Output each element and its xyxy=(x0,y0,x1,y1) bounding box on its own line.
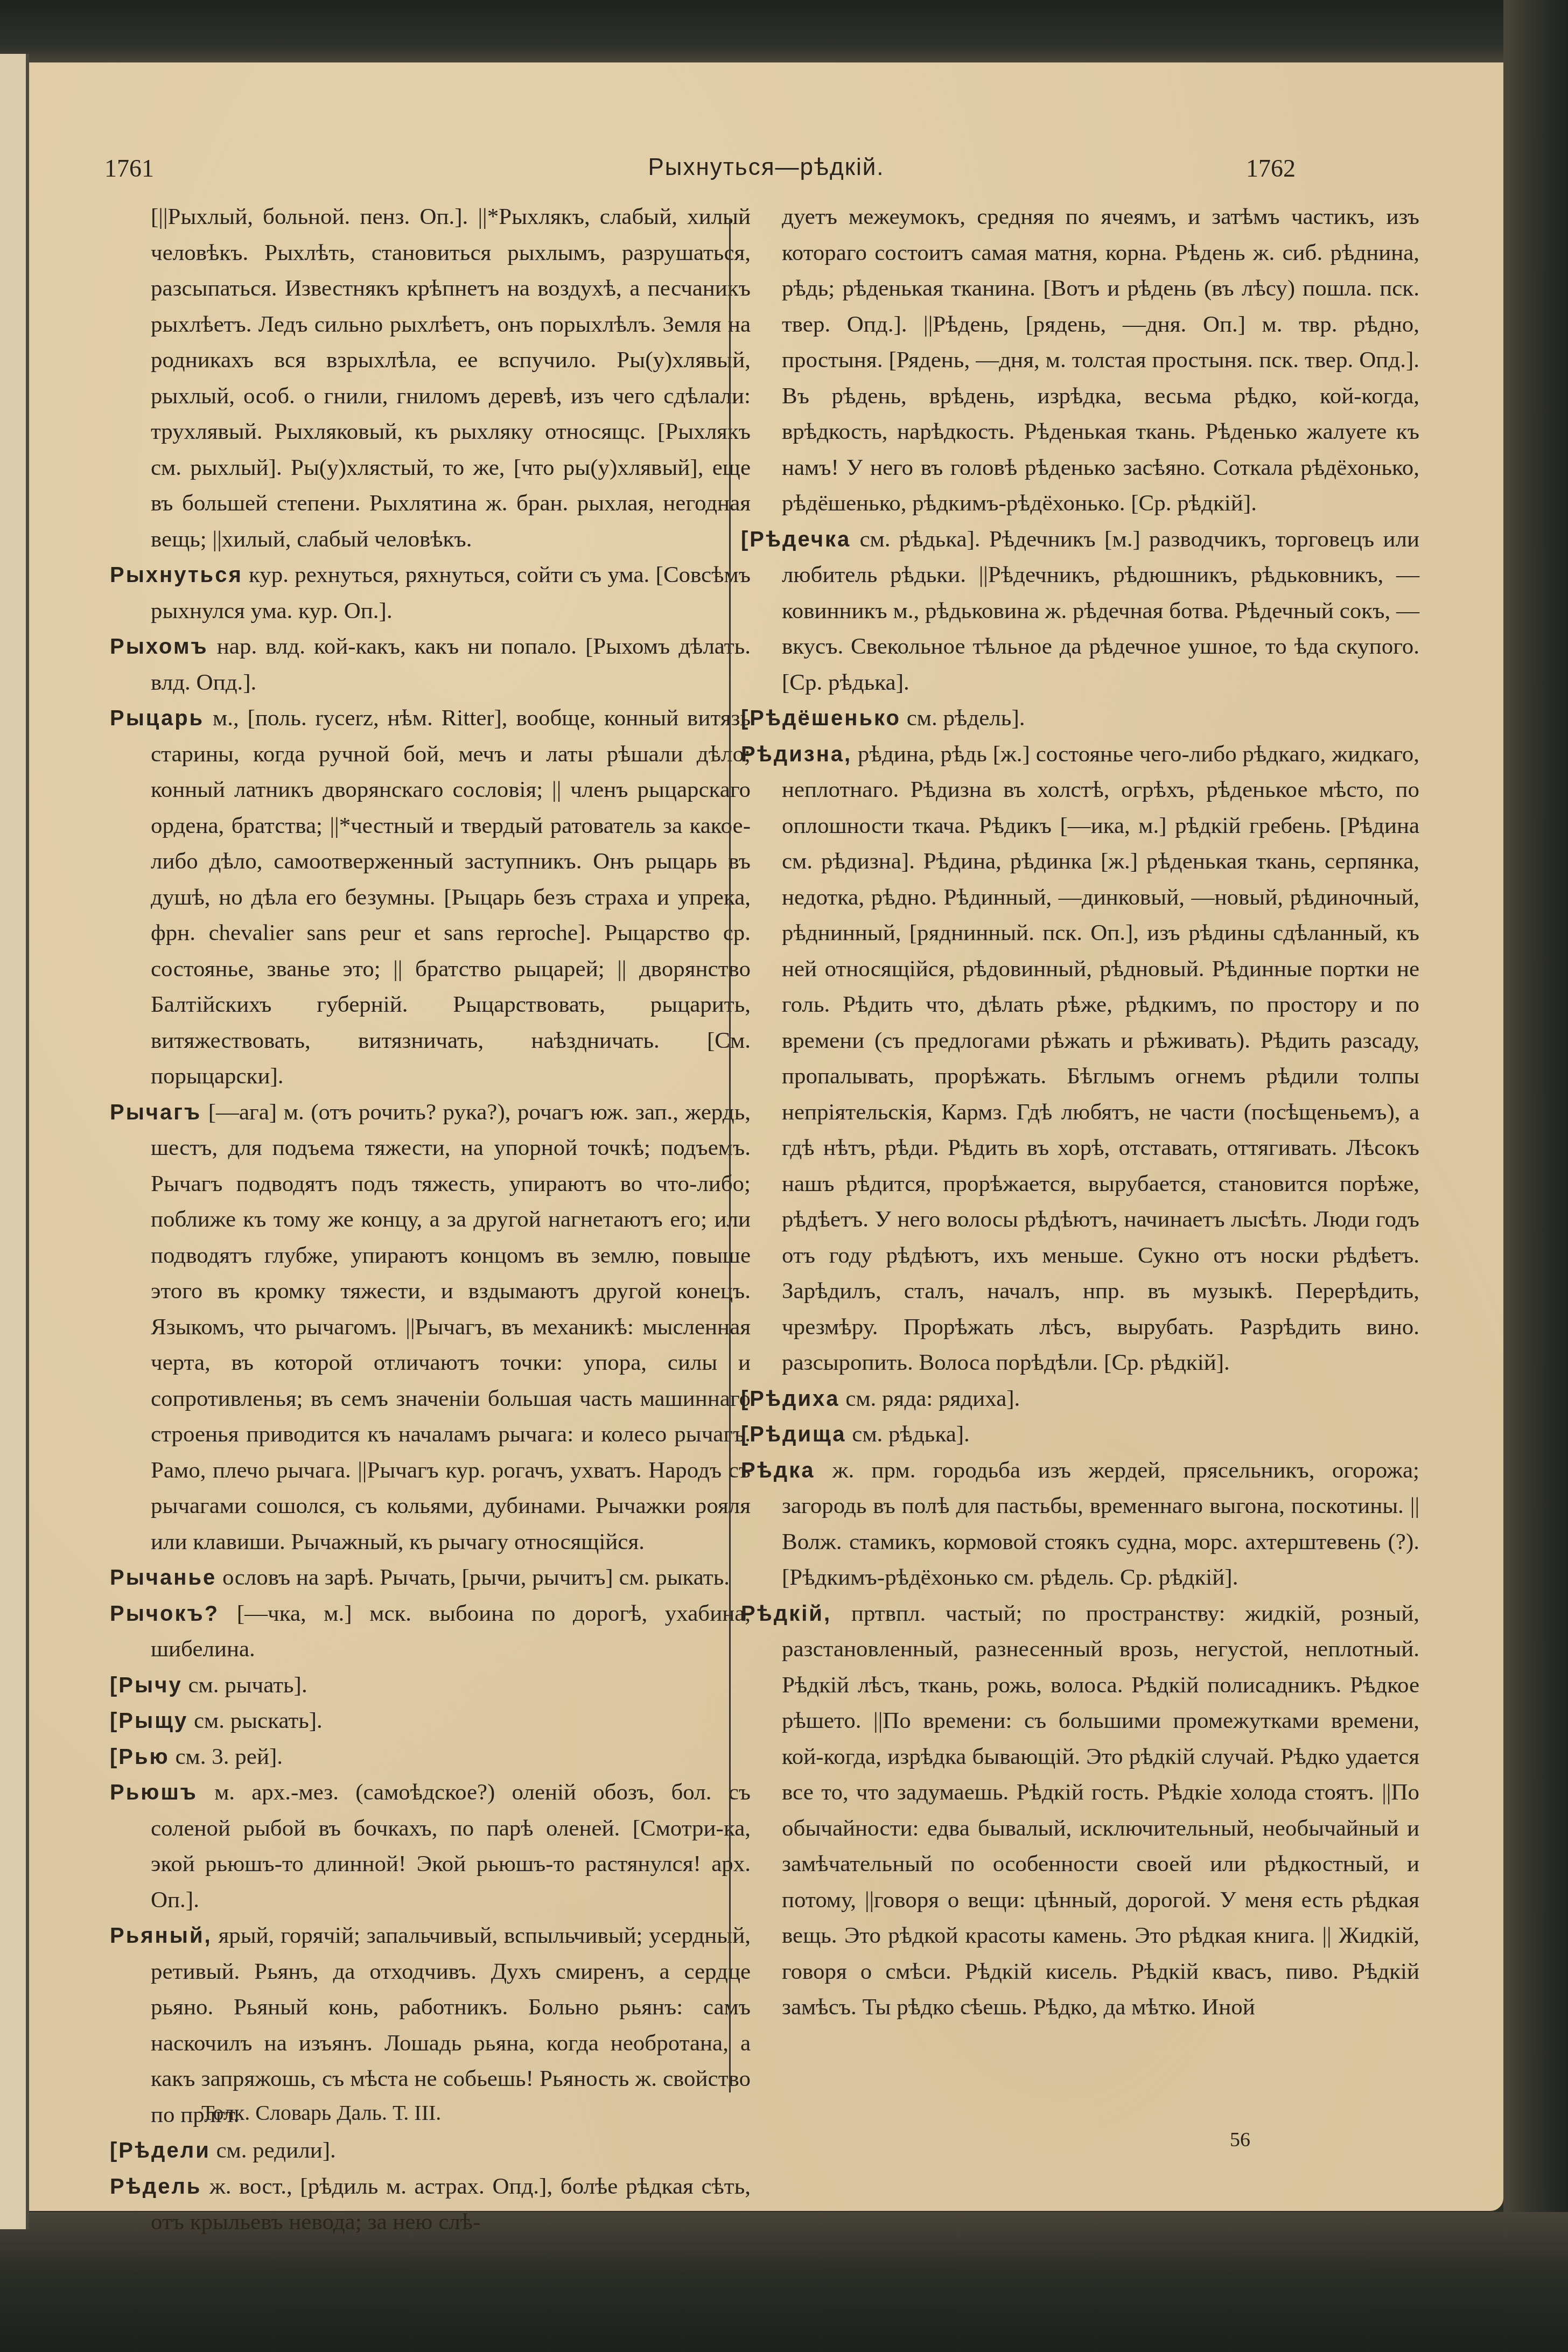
entry-text: см. рычать]. xyxy=(188,1672,307,1698)
dictionary-entry: Рьюшъ м. арх.-мез. (самоѣдское?) оленій … xyxy=(110,1775,751,1918)
dictionary-entry: [Рыщу см. рыскать]. xyxy=(110,1703,751,1739)
dictionary-entry: Рыцарь м., [поль. rycerz, нѣм. Ritter], … xyxy=(110,701,751,1095)
dictionary-entry: [Рью см. 3. рей]. xyxy=(110,1739,751,1775)
entry-continuation: [||Рыхлый, больной. пенз. Оп.]. ||*Рыхля… xyxy=(110,199,751,557)
entry-continuation: дуетъ межеумокъ, средняя по ячеямъ, и за… xyxy=(741,199,1419,522)
dictionary-entry: [Рѣдиха см. ряда: рядиха]. xyxy=(741,1381,1419,1417)
column-divider xyxy=(729,219,731,2092)
entry-text: [—ага] м. (отъ рочить? рука?), рочагъ юж… xyxy=(151,1100,751,1555)
dictionary-entry: Рѣдизна, рѣдина, рѣдь [ж.] состоянье чег… xyxy=(741,737,1419,1381)
headword: Рычанье xyxy=(110,1566,216,1590)
headword: Рычокъ? xyxy=(110,1602,219,1626)
headword: [Рычу xyxy=(110,1674,183,1697)
dictionary-entry: [Рѣдечка см. рѣдька]. Рѣдечникъ [м.] раз… xyxy=(741,522,1419,701)
entry-text: см. рыскать]. xyxy=(194,1708,323,1733)
entry-text: м., [поль. rycerz, нѣм. Ritter], вообще,… xyxy=(151,705,751,1089)
entry-text: рѣдина, рѣдь [ж.] состоянье чего-либо рѣ… xyxy=(782,741,1419,1376)
headword: [Рью xyxy=(110,1745,170,1769)
book-binding-right xyxy=(1503,0,1568,2352)
entry-text: ж. прм. городьба изъ жердей, прясельникъ… xyxy=(782,1458,1419,1591)
headword: [Рѣдиха xyxy=(741,1387,840,1411)
entry-text: см. редили]. xyxy=(216,2138,336,2163)
headword: [Рѣдечка xyxy=(741,528,851,551)
entry-text: см. рѣдька]. Рѣдечникъ [м.] разводчикъ, … xyxy=(782,527,1419,695)
headword: Рьюшъ xyxy=(110,1781,198,1804)
headword: [Рѣдели xyxy=(110,2139,211,2162)
dictionary-entry: [Рѣдёшенько см. рѣдель]. xyxy=(741,701,1419,737)
entry-text: нар. влд. кой-какъ, какъ ни попало. [Рых… xyxy=(151,634,751,695)
dictionary-page: 1761 Рыхнуться—рѣдкій. 1762 [||Рыхлый, б… xyxy=(29,62,1503,2211)
dictionary-entry: Рѣдель ж. вост., [рѣдиль м. астрах. Опд.… xyxy=(110,2169,751,2241)
headword: Рѣдель xyxy=(110,2175,201,2199)
dictionary-entry: Рычагъ [—ага] м. (отъ рочить? рука?), ро… xyxy=(110,1095,751,1560)
headword: Рѣдкій, xyxy=(741,1602,831,1626)
dictionary-entry: [Рѣдища см. рѣдька]. xyxy=(741,1417,1419,1453)
dictionary-entry: Рѣдкій, пртвпл. частый; по пространству:… xyxy=(741,1596,1419,2026)
headword: Рыхомъ xyxy=(110,635,208,659)
dictionary-entry: [Рычу см. рычать]. xyxy=(110,1668,751,1704)
entry-text: см. рѣдель]. xyxy=(907,705,1025,731)
dictionary-entry: [Рѣдели см. редили]. xyxy=(110,2133,751,2169)
dictionary-entry: Рычанье ословъ на зарѣ. Рычать, [рычи, р… xyxy=(110,1560,751,1596)
entry-text: см. 3. рей]. xyxy=(176,1744,283,1769)
entry-text: ярый, горячій; запальчивый, вспыльчивый;… xyxy=(151,1923,751,2127)
headword: Рѣдизна, xyxy=(741,743,852,766)
entry-text: дуетъ межеумокъ, средняя по ячеямъ, и за… xyxy=(782,204,1419,516)
entry-text: см. рѣдька]. xyxy=(852,1422,970,1447)
headword: Рыхнуться xyxy=(110,563,243,587)
entry-text: ж. вост., [рѣдиль м. астрах. Опд.], болѣ… xyxy=(151,2174,751,2235)
headword: Рыцарь xyxy=(110,706,204,730)
headword: Рьяный, xyxy=(110,1924,212,1948)
entry-text: [||Рыхлый, больной. пенз. Оп.]. ||*Рыхля… xyxy=(151,204,751,552)
volume-footer: Толк. Словарь Даль. Т. III. xyxy=(201,2100,441,2125)
headword: [Рыщу xyxy=(110,1709,188,1733)
headword: [Рѣдища xyxy=(741,1423,846,1446)
entry-text: м. арх.-мез. (самоѣдское?) оленій обозъ,… xyxy=(151,1780,751,1913)
previous-page-edge xyxy=(0,54,29,2229)
headword: Рѣдка xyxy=(741,1459,815,1482)
entry-text: [—чка, м.] мск. выбоина по дорогѣ, ухаби… xyxy=(151,1601,751,1662)
dictionary-entry: Рыхомъ нар. влд. кой-какъ, какъ ни попал… xyxy=(110,629,751,701)
dictionary-entry: Рѣдка ж. прм. городьба изъ жердей, прясе… xyxy=(741,1453,1419,1596)
left-column: [||Рыхлый, больной. пенз. Оп.]. ||*Рыхля… xyxy=(110,199,751,2241)
signature-mark: 56 xyxy=(1230,2128,1250,2152)
dictionary-entry: Рыхнуться кур. рехнуться, ряхнуться, сой… xyxy=(110,557,751,629)
dictionary-entry: Рычокъ? [—чка, м.] мск. выбоина по дорог… xyxy=(110,1596,751,1668)
page-header: 1761 Рыхнуться—рѣдкій. 1762 xyxy=(29,154,1503,192)
entry-text: пртвпл. частый; по пространству: жидкій,… xyxy=(782,1601,1419,2020)
headword: Рычагъ xyxy=(110,1101,201,1124)
entry-text: см. ряда: рядиха]. xyxy=(845,1386,1020,1411)
page-number-right: 1762 xyxy=(1246,154,1296,183)
entry-text: ословъ на зарѣ. Рычать, [рычи, рычитъ] с… xyxy=(222,1565,730,1590)
headword: [Рѣдёшенько xyxy=(741,706,901,730)
book-binding-top xyxy=(0,0,1568,65)
right-column: дуетъ межеумокъ, средняя по ячеямъ, и за… xyxy=(741,199,1419,2026)
